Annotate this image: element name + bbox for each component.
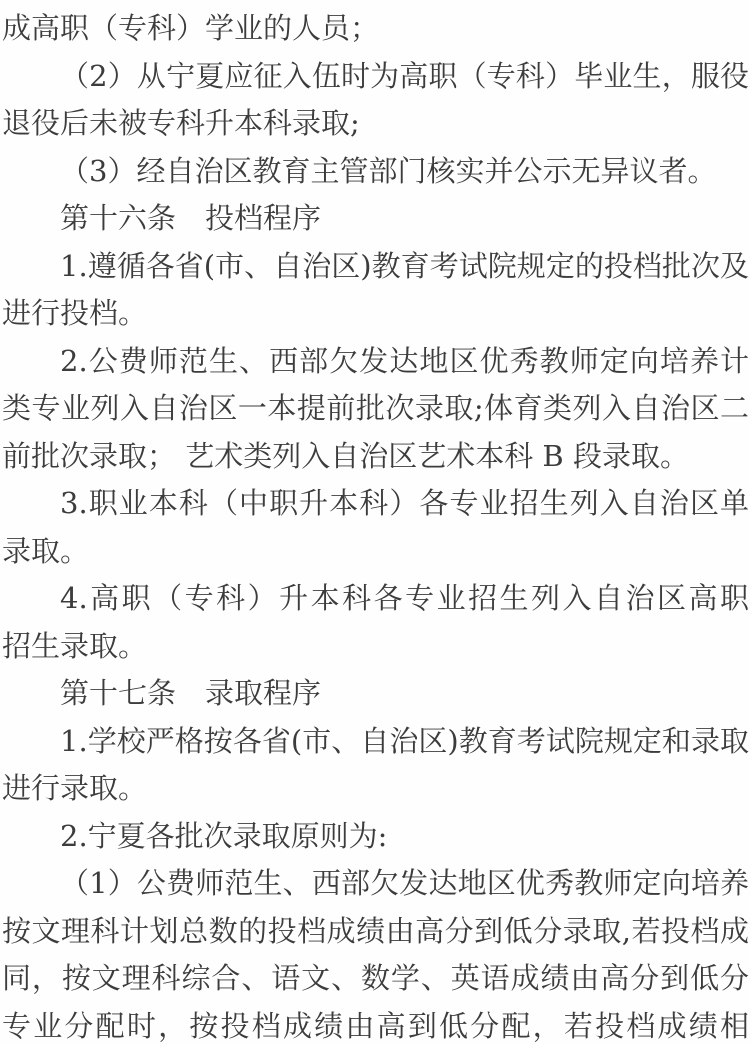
text-line: 同，按文理科综合、语文、数学、英语成绩由高分到低分录取。 (2, 955, 749, 1003)
text-line: 2.宁夏各批次录取原则为: (2, 813, 749, 861)
text-line: 录取。 (2, 528, 749, 576)
text-line: 4.高职（专科）升本科各专业招生列入自治区高职（专升本） (2, 575, 749, 623)
section-heading: 第十七条 录取程序 (2, 670, 749, 718)
text-line: 成高职（专科）学业的人员； (2, 5, 749, 53)
section-heading: 第十六条 投档程序 (2, 195, 749, 243)
text-line: 进行投档。 (2, 290, 749, 338)
text-line: 招生录取。 (2, 623, 749, 671)
text-line: 1.遵循各省(市、自治区)教育考试院规定的投档批次及程序 (2, 243, 749, 291)
text-line: （1）公费师范生、西部欠发达地区优秀教师定向培养计划 (2, 860, 749, 908)
text-line: 进行录取。 (2, 765, 749, 813)
text-line: 1.学校严格按各省(市、自治区)教育考试院规定和录取批次 (2, 718, 749, 766)
text-line: 类专业列入自治区一本提前批次录取;体育类列入自治区二本提 (2, 385, 749, 433)
text-line: 2.公费师范生、西部欠发达地区优秀教师定向培养计划普通 (2, 338, 749, 386)
document-page: 成高职（专科）学业的人员； （2）从宁夏应征入伍时为高职（专科）毕业生，服役期满… (0, 0, 750, 1044)
text-line: 前批次录取； 艺术类列入自治区艺术本科 B 段录取。 (2, 433, 749, 481)
text-line: 专业分配时，按投档成绩由高到低分配，若投档成绩相同，汉语 (2, 1003, 749, 1044)
text-line: 退役后未被专科升本科录取; (2, 100, 749, 148)
text-line: （2）从宁夏应征入伍时为高职（专科）毕业生，服役期满 (2, 53, 749, 101)
text-line: 3.职业本科（中职升本科）各专业招生列入自治区单独招生 (2, 480, 749, 528)
text-line: 按文理科计划总数的投档成绩由高分到低分录取,若投档成绩相 (2, 908, 749, 956)
text-line: （3）经自治区教育主管部门核实并公示无异议者。 (2, 148, 749, 196)
